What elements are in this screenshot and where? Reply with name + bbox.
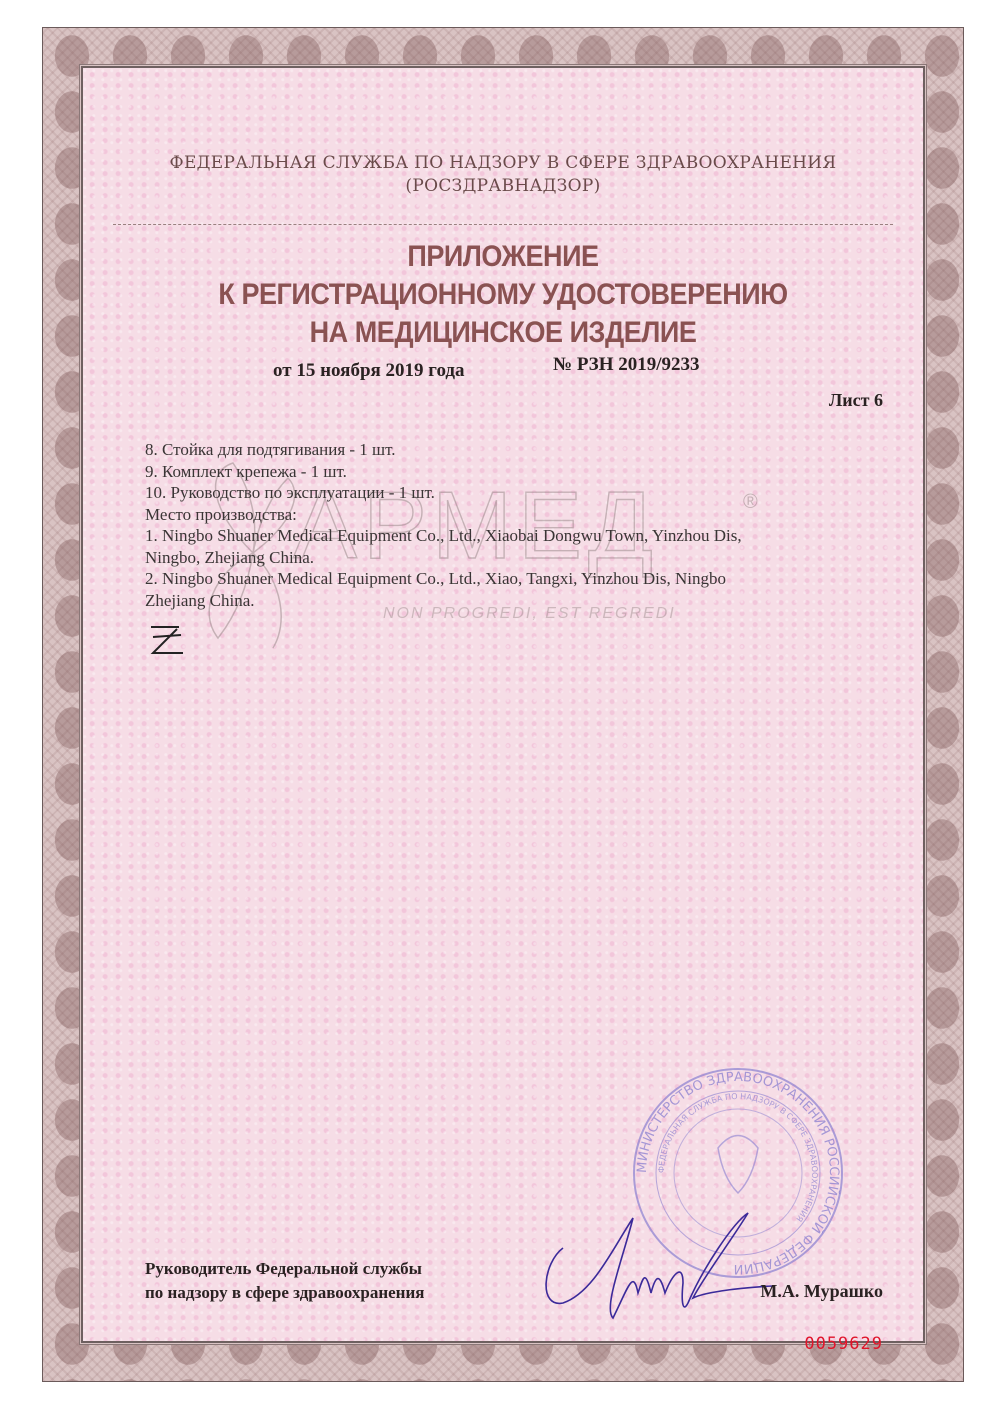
list-item: Ningbo, Zhejiang China. bbox=[145, 547, 883, 569]
title-line-3: НА МЕДИЦИНСКОЕ ИЗДЕЛИЕ bbox=[125, 314, 881, 352]
issue-date: от 15 ноября 2019 года bbox=[273, 360, 465, 382]
list-item: 1. Ningbo Shuaner Medical Equipment Co.,… bbox=[145, 525, 883, 547]
list-item: 10. Руководство по эксплуатации - 1 шт. bbox=[145, 482, 883, 504]
title-line-2: К РЕГИСТРАЦИОННОМУ УДОСТОВЕРЕНИЮ bbox=[125, 276, 881, 314]
signatory-role-line-2: по надзору в сфере здравоохранения bbox=[145, 1281, 424, 1305]
certificate-body: ФЕДЕРАЛЬНАЯ СЛУЖБА ПО НАДЗОРУ В СФЕРЕ ЗД… bbox=[81, 66, 925, 1343]
list-item: 8. Стойка для подтягивания - 1 шт. bbox=[145, 439, 883, 461]
signatory-role: Руководитель Федеральной службы по надзо… bbox=[145, 1257, 424, 1305]
agency-abbreviation: (РОСЗДРАВНАДЗОР) bbox=[83, 175, 923, 198]
issuing-agency: ФЕДЕРАЛЬНАЯ СЛУЖБА ПО НАДЗОРУ В СФЕРЕ ЗД… bbox=[83, 152, 923, 198]
certificate-sheet: ФЕДЕРАЛЬНАЯ СЛУЖБА ПО НАДЗОРУ В СФЕРЕ ЗД… bbox=[42, 27, 964, 1382]
list-item: Zhejiang China. bbox=[145, 590, 883, 612]
header-divider bbox=[113, 224, 893, 225]
manufacturing-site-heading: Место производства: bbox=[145, 504, 883, 526]
signatory-role-line-1: Руководитель Федеральной службы bbox=[145, 1257, 424, 1281]
signatory-name: М.А. Мурашко bbox=[760, 1281, 883, 1302]
list-item: 9. Комплект крепежа - 1 шт. bbox=[145, 461, 883, 483]
serial-number: 0059629 bbox=[804, 1334, 883, 1354]
registration-number: № РЗН 2019/9233 bbox=[553, 354, 700, 376]
initials-mark-icon bbox=[147, 621, 187, 657]
contents-list: 8. Стойка для подтягивания - 1 шт. 9. Ко… bbox=[145, 439, 883, 611]
list-item: 2. Ningbo Shuaner Medical Equipment Co.,… bbox=[145, 568, 883, 590]
signature-icon bbox=[533, 1208, 793, 1328]
agency-name: ФЕДЕРАЛЬНАЯ СЛУЖБА ПО НАДЗОРУ В СФЕРЕ ЗД… bbox=[83, 152, 923, 175]
sheet-number: Лист 6 bbox=[829, 390, 883, 411]
title-line-1: ПРИЛОЖЕНИЕ bbox=[125, 238, 881, 276]
document-title: ПРИЛОЖЕНИЕ К РЕГИСТРАЦИОННОМУ УДОСТОВЕРЕ… bbox=[125, 238, 881, 352]
